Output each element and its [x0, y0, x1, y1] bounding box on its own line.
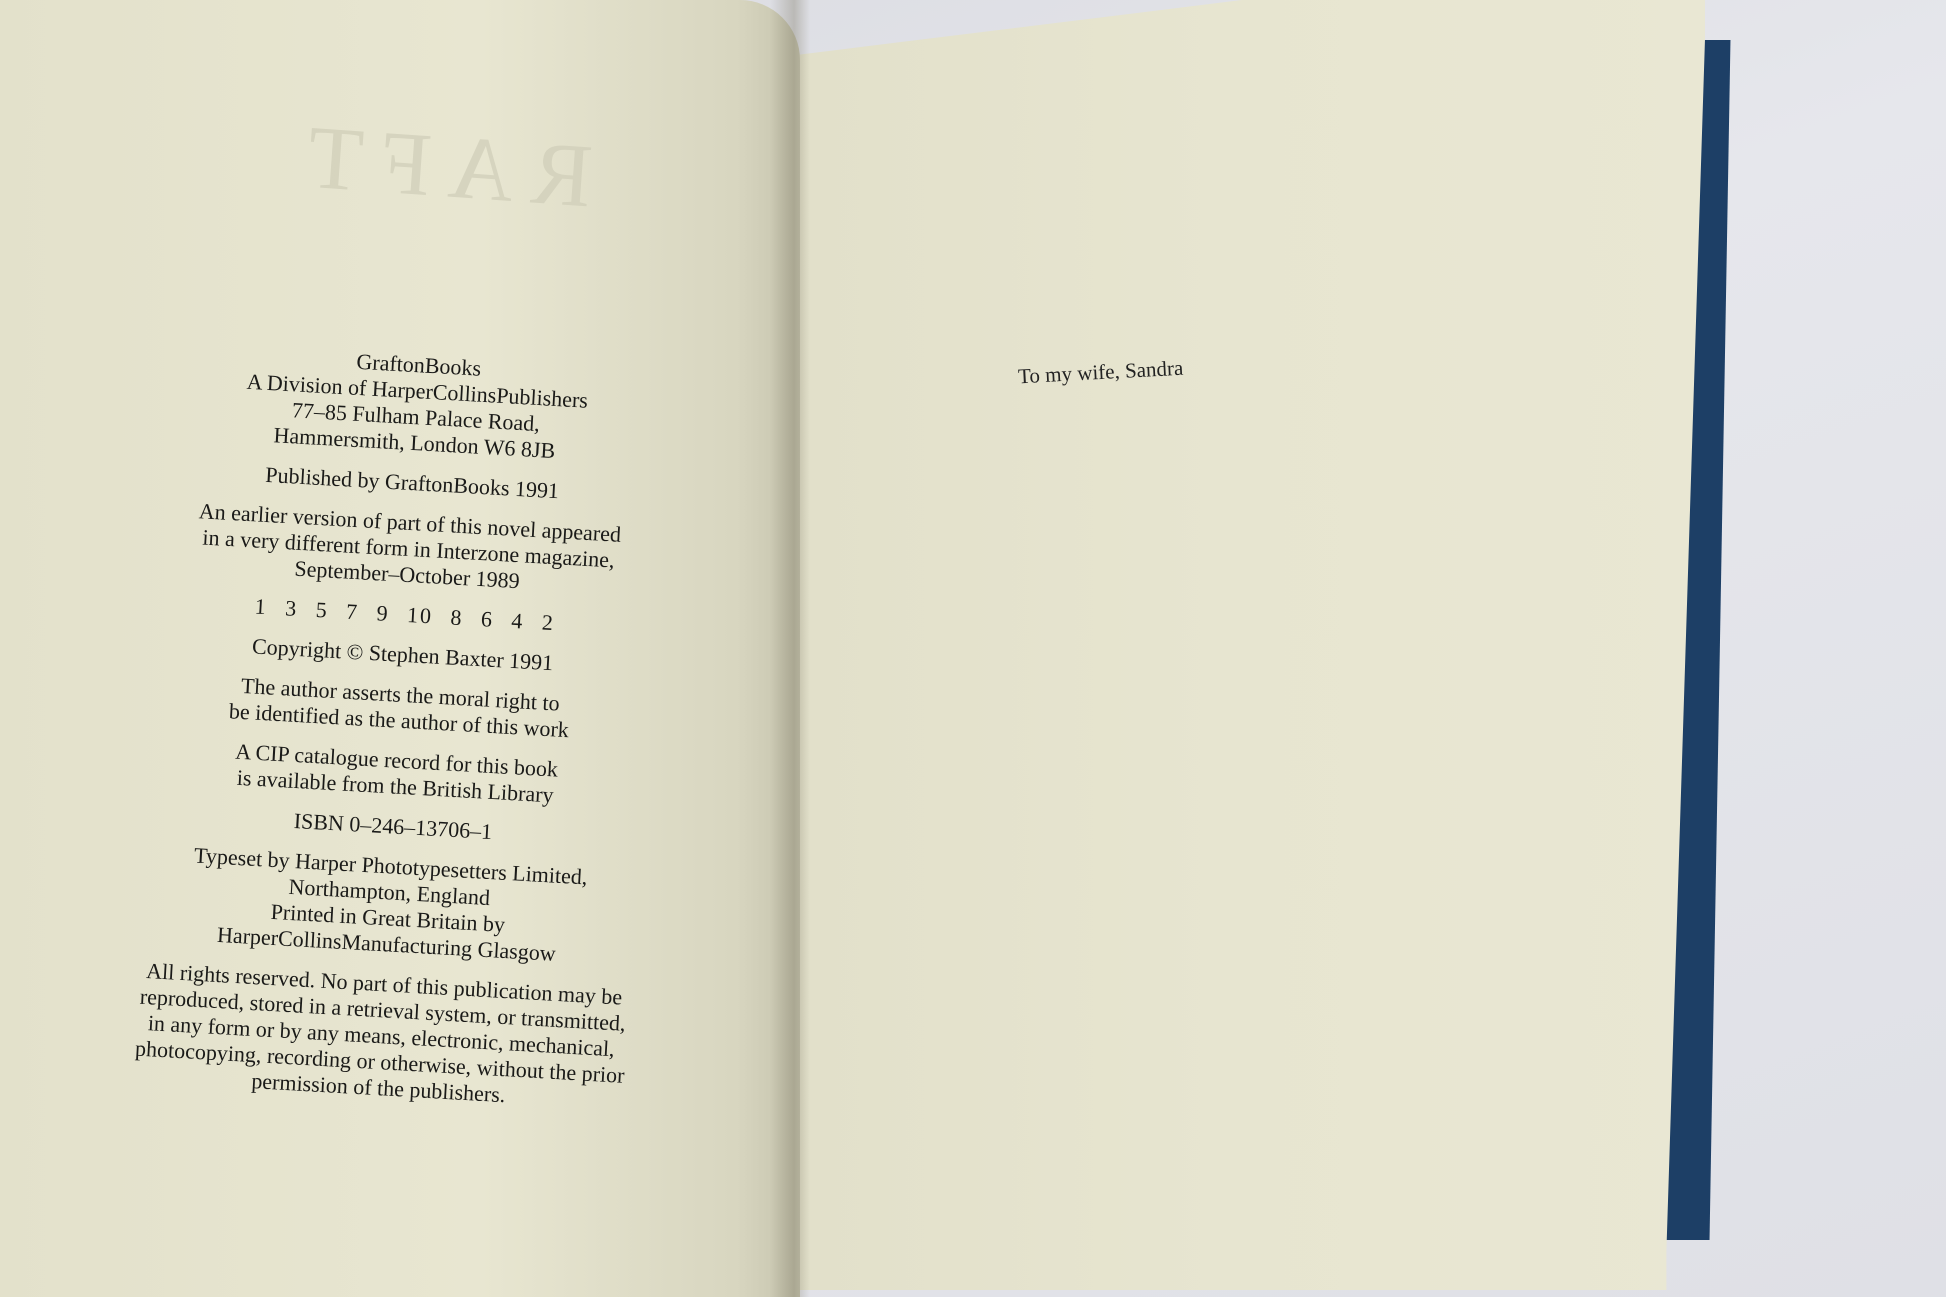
copyright-imprint: GraftonBooks A Division of HarperCollins…	[67, 335, 729, 1132]
right-page	[740, 0, 1705, 1290]
earlier-version-note: An earlier version of part of this novel…	[97, 493, 720, 605]
typeset-printer-info: Typeset by Harper Phototypesetters Limit…	[76, 836, 701, 974]
show-through-title: RAFT	[287, 105, 596, 229]
rights-reserved: All rights reserved. No part of this pub…	[68, 954, 694, 1118]
book-gutter	[770, 0, 810, 1297]
